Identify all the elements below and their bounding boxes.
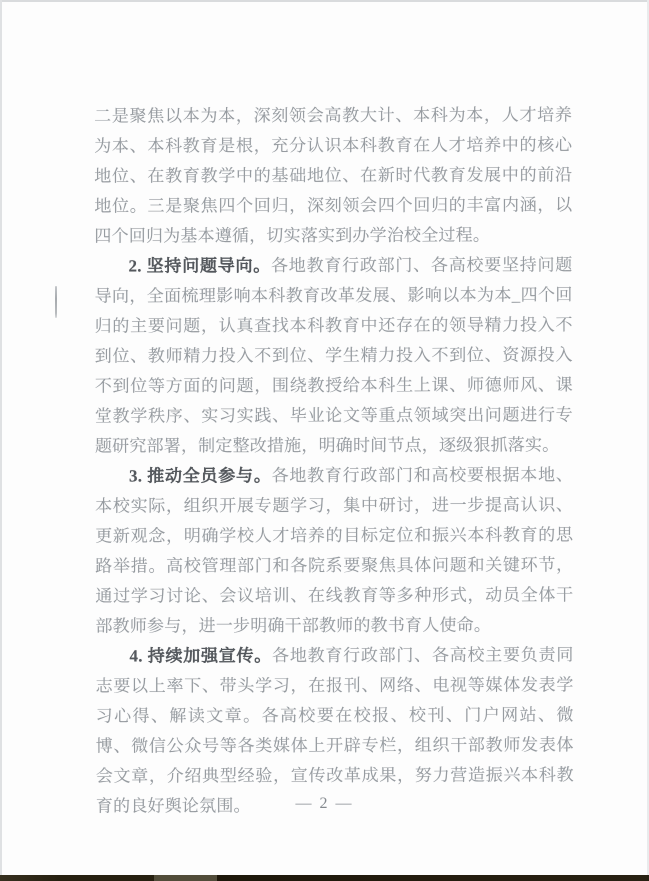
paragraph-lead: 4. 持续加强宣传。 <box>129 646 272 665</box>
paragraph-text: 各地教育行政部门和高校要根据本地、本校实际，组织开展专题学习，集中研讨，进一步提… <box>95 465 573 635</box>
scan-edge-left <box>0 0 2 881</box>
scanned-document-page: 二是聚焦以本为本，深刻领会高教大计、本科为本，人才培养为本、本科教育是根，充分认… <box>0 0 649 881</box>
paragraph-text: 各地教育行政部门、各高校主要负责同志要以上率下、带头学习，在报刊、网络、电视等媒… <box>96 645 574 815</box>
paragraph-lead: 3. 推动全员参与。 <box>129 466 272 485</box>
paragraph-text: 二是聚焦以本为本，深刻领会高教大计、本科为本，人才培养为本、本科教育是根，充分认… <box>94 105 572 245</box>
scan-artifact-vertical-mark <box>55 286 57 318</box>
paragraph-item-3: 3. 推动全员参与。各地教育行政部门和高校要根据本地、本校实际，组织开展专题学习… <box>95 460 573 641</box>
paragraph-item-2: 2. 坚持问题导向。各地教育行政部门、各高校要坚持问题导向，全面梳理影响本科教育… <box>94 250 573 461</box>
paragraph-continuation: 二是聚焦以本为本，深刻领会高教大计、本科为本，人才培养为本、本科教育是根，充分认… <box>94 100 572 251</box>
paragraph-lead: 2. 坚持问题导向。 <box>128 256 271 275</box>
paragraph-text: 各地教育行政部门、各高校要坚持问题导向，全面梳理影响本科教育改革发展、影响以本为… <box>95 255 573 455</box>
page-number: — 2 — <box>0 795 649 813</box>
scan-edge-top <box>0 0 649 2</box>
document-text-block: 二是聚焦以本为本，深刻领会高教大计、本科为本，人才培养为本、本科教育是根，充分认… <box>94 100 574 821</box>
scanner-bottom-bar <box>0 875 649 881</box>
